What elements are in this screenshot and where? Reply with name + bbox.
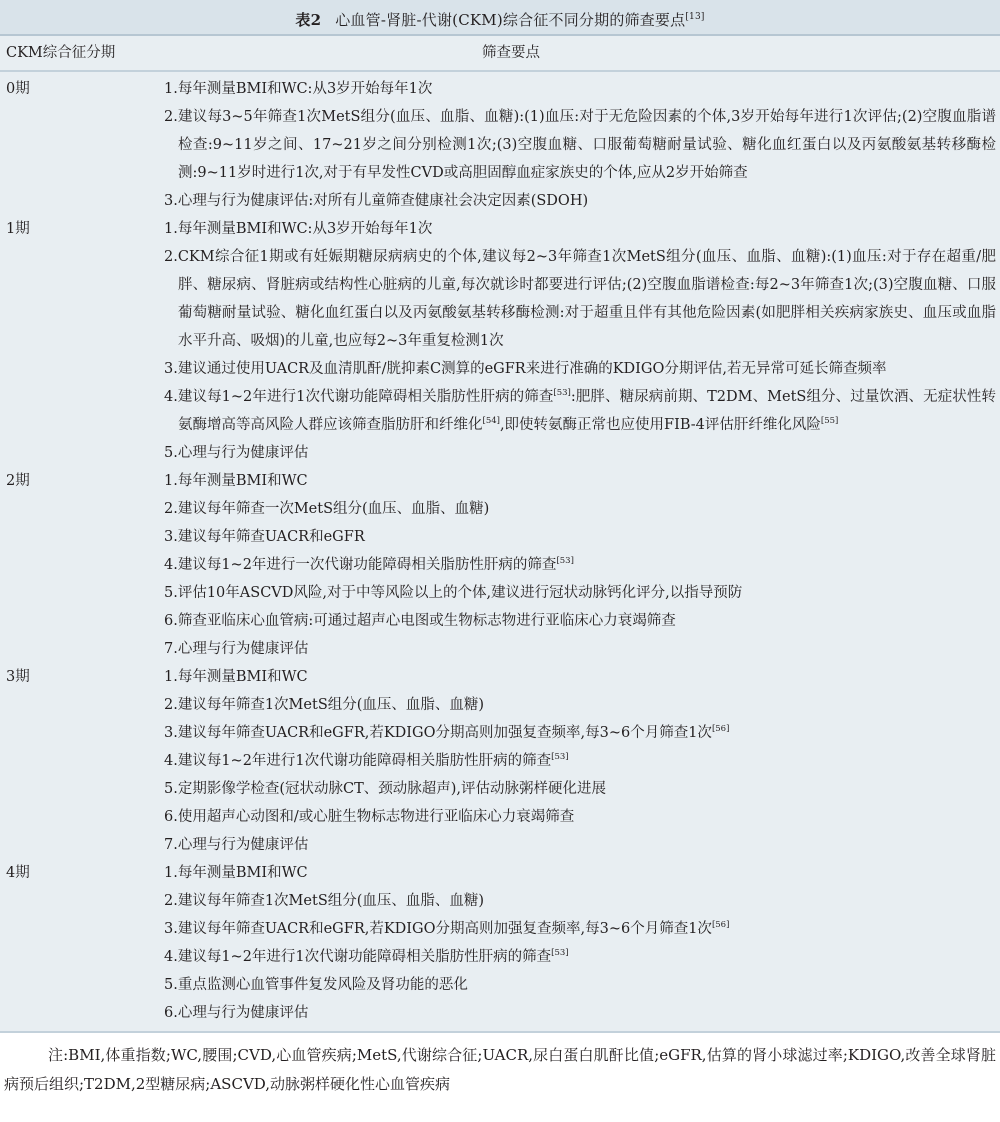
stage-label: 3期 [0, 663, 164, 859]
screening-item: 2.建议每3~5年筛查1次MetS组分(血压、血脂、血糖):(1)血压:对于无危… [164, 103, 996, 187]
table-row: 2期1.每年测量BMI和WC2.建议每年筛查一次MetS组分(血压、血脂、血糖)… [0, 467, 1000, 663]
screening-item: 3.建议每年筛查UACR和eGFR,若KDIGO分期高则加强复查频率,每3~6个… [164, 915, 996, 943]
screening-item: 4.建议每1~2年进行1次代谢功能障碍相关脂肪性肝病的筛查[53]:肥胖、糖尿病… [164, 383, 996, 439]
item-text: 6.使用超声心动图和/或心脏生物标志物进行亚临床心力衰竭筛查 [164, 809, 574, 825]
screening-table: 表2心血管-肾脏-代谢(CKM)综合征不同分期的筛查要点[13] CKM综合征分… [0, 0, 1000, 1033]
screening-item: 6.心理与行为健康评估 [164, 999, 996, 1027]
item-text: 5.心理与行为健康评估 [164, 445, 308, 461]
screening-item: 4.建议每1~2年进行一次代谢功能障碍相关脂肪性肝病的筛查[53] [164, 551, 996, 579]
item-text: 1.每年测量BMI和WC [164, 669, 308, 685]
citation-reference: [56] [712, 920, 729, 930]
stage-label: 4期 [0, 859, 164, 1027]
item-text: 5.重点监测心血管事件复发风险及肾功能的恶化 [164, 977, 468, 993]
screening-item: 3.建议每年筛查UACR和eGFR,若KDIGO分期高则加强复查频率,每3~6个… [164, 719, 996, 747]
item-text: 1.每年测量BMI和WC [164, 473, 308, 489]
item-text: 5.评估10年ASCVD风险,对于中等风险以上的个体,建议进行冠状动脉钙化评分,… [164, 585, 742, 601]
screening-item: 4.建议每1~2年进行1次代谢功能障碍相关脂肪性肝病的筛查[53] [164, 747, 996, 775]
citation-reference: [53] [551, 752, 568, 762]
screening-item: 7.心理与行为健康评估 [164, 635, 996, 663]
screening-item: 5.评估10年ASCVD风险,对于中等风险以上的个体,建议进行冠状动脉钙化评分,… [164, 579, 996, 607]
screening-item: 5.定期影像学检查(冠状动脉CT、颈动脉超声),评估动脉粥样硬化进展 [164, 775, 996, 803]
item-text: ,即使转氨酶正常也应使用FIB-4评估肝纤维化风险 [500, 417, 821, 433]
screening-items: 1.每年测量BMI和WC:从3岁开始每年1次2.CKM综合征1期或有妊娠期糖尿病… [164, 215, 1000, 467]
citation-reference: [56] [712, 724, 729, 734]
citation-reference: [54] [483, 416, 500, 426]
screening-item: 7.心理与行为健康评估 [164, 831, 996, 859]
item-text: 3.建议通过使用UACR及血清肌酐/胱抑素C测算的eGFR来进行准确的KDIGO… [164, 361, 886, 377]
item-text: 6.心理与行为健康评估 [164, 1005, 308, 1021]
item-text: 4.建议每1~2年进行1次代谢功能障碍相关脂肪性肝病的筛查 [164, 949, 551, 965]
caption-reference: [13] [685, 12, 704, 22]
item-text: 3.建议每年筛查UACR和eGFR,若KDIGO分期高则加强复查频率,每3~6个… [164, 921, 712, 937]
screening-item: 2.建议每年筛查一次MetS组分(血压、血脂、血糖) [164, 495, 996, 523]
item-text: 2.CKM综合征1期或有妊娠期糖尿病病史的个体,建议每2~3年筛查1次MetS组… [164, 249, 996, 349]
item-text: 2.建议每年筛查1次MetS组分(血压、血脂、血糖) [164, 697, 484, 713]
item-text: 1.每年测量BMI和WC:从3岁开始每年1次 [164, 81, 432, 97]
screening-items: 1.每年测量BMI和WC2.建议每年筛查1次MetS组分(血压、血脂、血糖)3.… [164, 859, 1000, 1027]
table-number: 表2 [295, 11, 321, 29]
screening-item: 6.筛查亚临床心血管病:可通过超声心电图或生物标志物进行亚临床心力衰竭筛查 [164, 607, 996, 635]
item-text: 4.建议每1~2年进行一次代谢功能障碍相关脂肪性肝病的筛查 [164, 557, 556, 573]
screening-item: 1.每年测量BMI和WC:从3岁开始每年1次 [164, 215, 996, 243]
item-text: 2.建议每年筛查1次MetS组分(血压、血脂、血糖) [164, 893, 484, 909]
citation-reference: [55] [821, 416, 838, 426]
citation-reference: [53] [553, 388, 570, 398]
item-text: 4.建议每1~2年进行1次代谢功能障碍相关脂肪性肝病的筛查 [164, 753, 551, 769]
table-caption: 表2心血管-肾脏-代谢(CKM)综合征不同分期的筛查要点[13] [0, 0, 1000, 36]
screening-item: 1.每年测量BMI和WC [164, 663, 996, 691]
screening-items: 1.每年测量BMI和WC2.建议每年筛查一次MetS组分(血压、血脂、血糖)3.… [164, 467, 1000, 663]
item-text: 1.每年测量BMI和WC:从3岁开始每年1次 [164, 221, 432, 237]
table-row: 4期1.每年测量BMI和WC2.建议每年筛查1次MetS组分(血压、血脂、血糖)… [0, 859, 1000, 1027]
item-text: 2.建议每3~5年筛查1次MetS组分(血压、血脂、血糖):(1)血压:对于无危… [164, 109, 996, 181]
item-text: 2.建议每年筛查一次MetS组分(血压、血脂、血糖) [164, 501, 489, 517]
screening-item: 1.每年测量BMI和WC [164, 467, 996, 495]
header-screening-points: 筛查要点 [162, 36, 1000, 70]
table-note: 注:BMI,体重指数;WC,腰围;CVD,心血管疾病;MetS,代谢综合征;UA… [0, 1033, 1000, 1099]
table-body: 0期1.每年测量BMI和WC:从3岁开始每年1次2.建议每3~5年筛查1次Met… [0, 72, 1000, 1033]
screening-item: 3.建议通过使用UACR及血清肌酐/胱抑素C测算的eGFR来进行准确的KDIGO… [164, 355, 996, 383]
item-text: 3.建议每年筛查UACR和eGFR,若KDIGO分期高则加强复查频率,每3~6个… [164, 725, 712, 741]
screening-item: 2.CKM综合征1期或有妊娠期糖尿病病史的个体,建议每2~3年筛查1次MetS组… [164, 243, 996, 355]
screening-item: 1.每年测量BMI和WC:从3岁开始每年1次 [164, 75, 996, 103]
citation-reference: [53] [551, 948, 568, 958]
table-header: CKM综合征分期 筛查要点 [0, 36, 1000, 72]
citation-reference: [53] [556, 556, 573, 566]
screening-item: 3.心理与行为健康评估:对所有儿童筛查健康社会决定因素(SDOH) [164, 187, 996, 215]
item-text: 3.建议每年筛查UACR和eGFR [164, 529, 365, 545]
stage-label: 2期 [0, 467, 164, 663]
item-text: 1.每年测量BMI和WC [164, 865, 308, 881]
table-row: 1期1.每年测量BMI和WC:从3岁开始每年1次2.CKM综合征1期或有妊娠期糖… [0, 215, 1000, 467]
table-row: 3期1.每年测量BMI和WC2.建议每年筛查1次MetS组分(血压、血脂、血糖)… [0, 663, 1000, 859]
screening-item: 2.建议每年筛查1次MetS组分(血压、血脂、血糖) [164, 691, 996, 719]
item-text: 4.建议每1~2年进行1次代谢功能障碍相关脂肪性肝病的筛查 [164, 389, 553, 405]
screening-item: 6.使用超声心动图和/或心脏生物标志物进行亚临床心力衰竭筛查 [164, 803, 996, 831]
item-text: 3.心理与行为健康评估:对所有儿童筛查健康社会决定因素(SDOH) [164, 193, 588, 209]
stage-label: 0期 [0, 75, 164, 215]
screening-item: 5.重点监测心血管事件复发风险及肾功能的恶化 [164, 971, 996, 999]
item-text: 7.心理与行为健康评估 [164, 837, 308, 853]
header-stage: CKM综合征分期 [0, 36, 162, 70]
screening-item: 3.建议每年筛查UACR和eGFR [164, 523, 996, 551]
screening-items: 1.每年测量BMI和WC2.建议每年筛查1次MetS组分(血压、血脂、血糖)3.… [164, 663, 1000, 859]
screening-item: 5.心理与行为健康评估 [164, 439, 996, 467]
table-title: 心血管-肾脏-代谢(CKM)综合征不同分期的筛查要点 [335, 11, 685, 29]
item-text: 7.心理与行为健康评估 [164, 641, 308, 657]
item-text: 6.筛查亚临床心血管病:可通过超声心电图或生物标志物进行亚临床心力衰竭筛查 [164, 613, 676, 629]
screening-item: 4.建议每1~2年进行1次代谢功能障碍相关脂肪性肝病的筛查[53] [164, 943, 996, 971]
screening-items: 1.每年测量BMI和WC:从3岁开始每年1次2.建议每3~5年筛查1次MetS组… [164, 75, 1000, 215]
screening-item: 1.每年测量BMI和WC [164, 859, 996, 887]
stage-label: 1期 [0, 215, 164, 467]
item-text: 5.定期影像学检查(冠状动脉CT、颈动脉超声),评估动脉粥样硬化进展 [164, 781, 606, 797]
screening-item: 2.建议每年筛查1次MetS组分(血压、血脂、血糖) [164, 887, 996, 915]
table-row: 0期1.每年测量BMI和WC:从3岁开始每年1次2.建议每3~5年筛查1次Met… [0, 75, 1000, 215]
